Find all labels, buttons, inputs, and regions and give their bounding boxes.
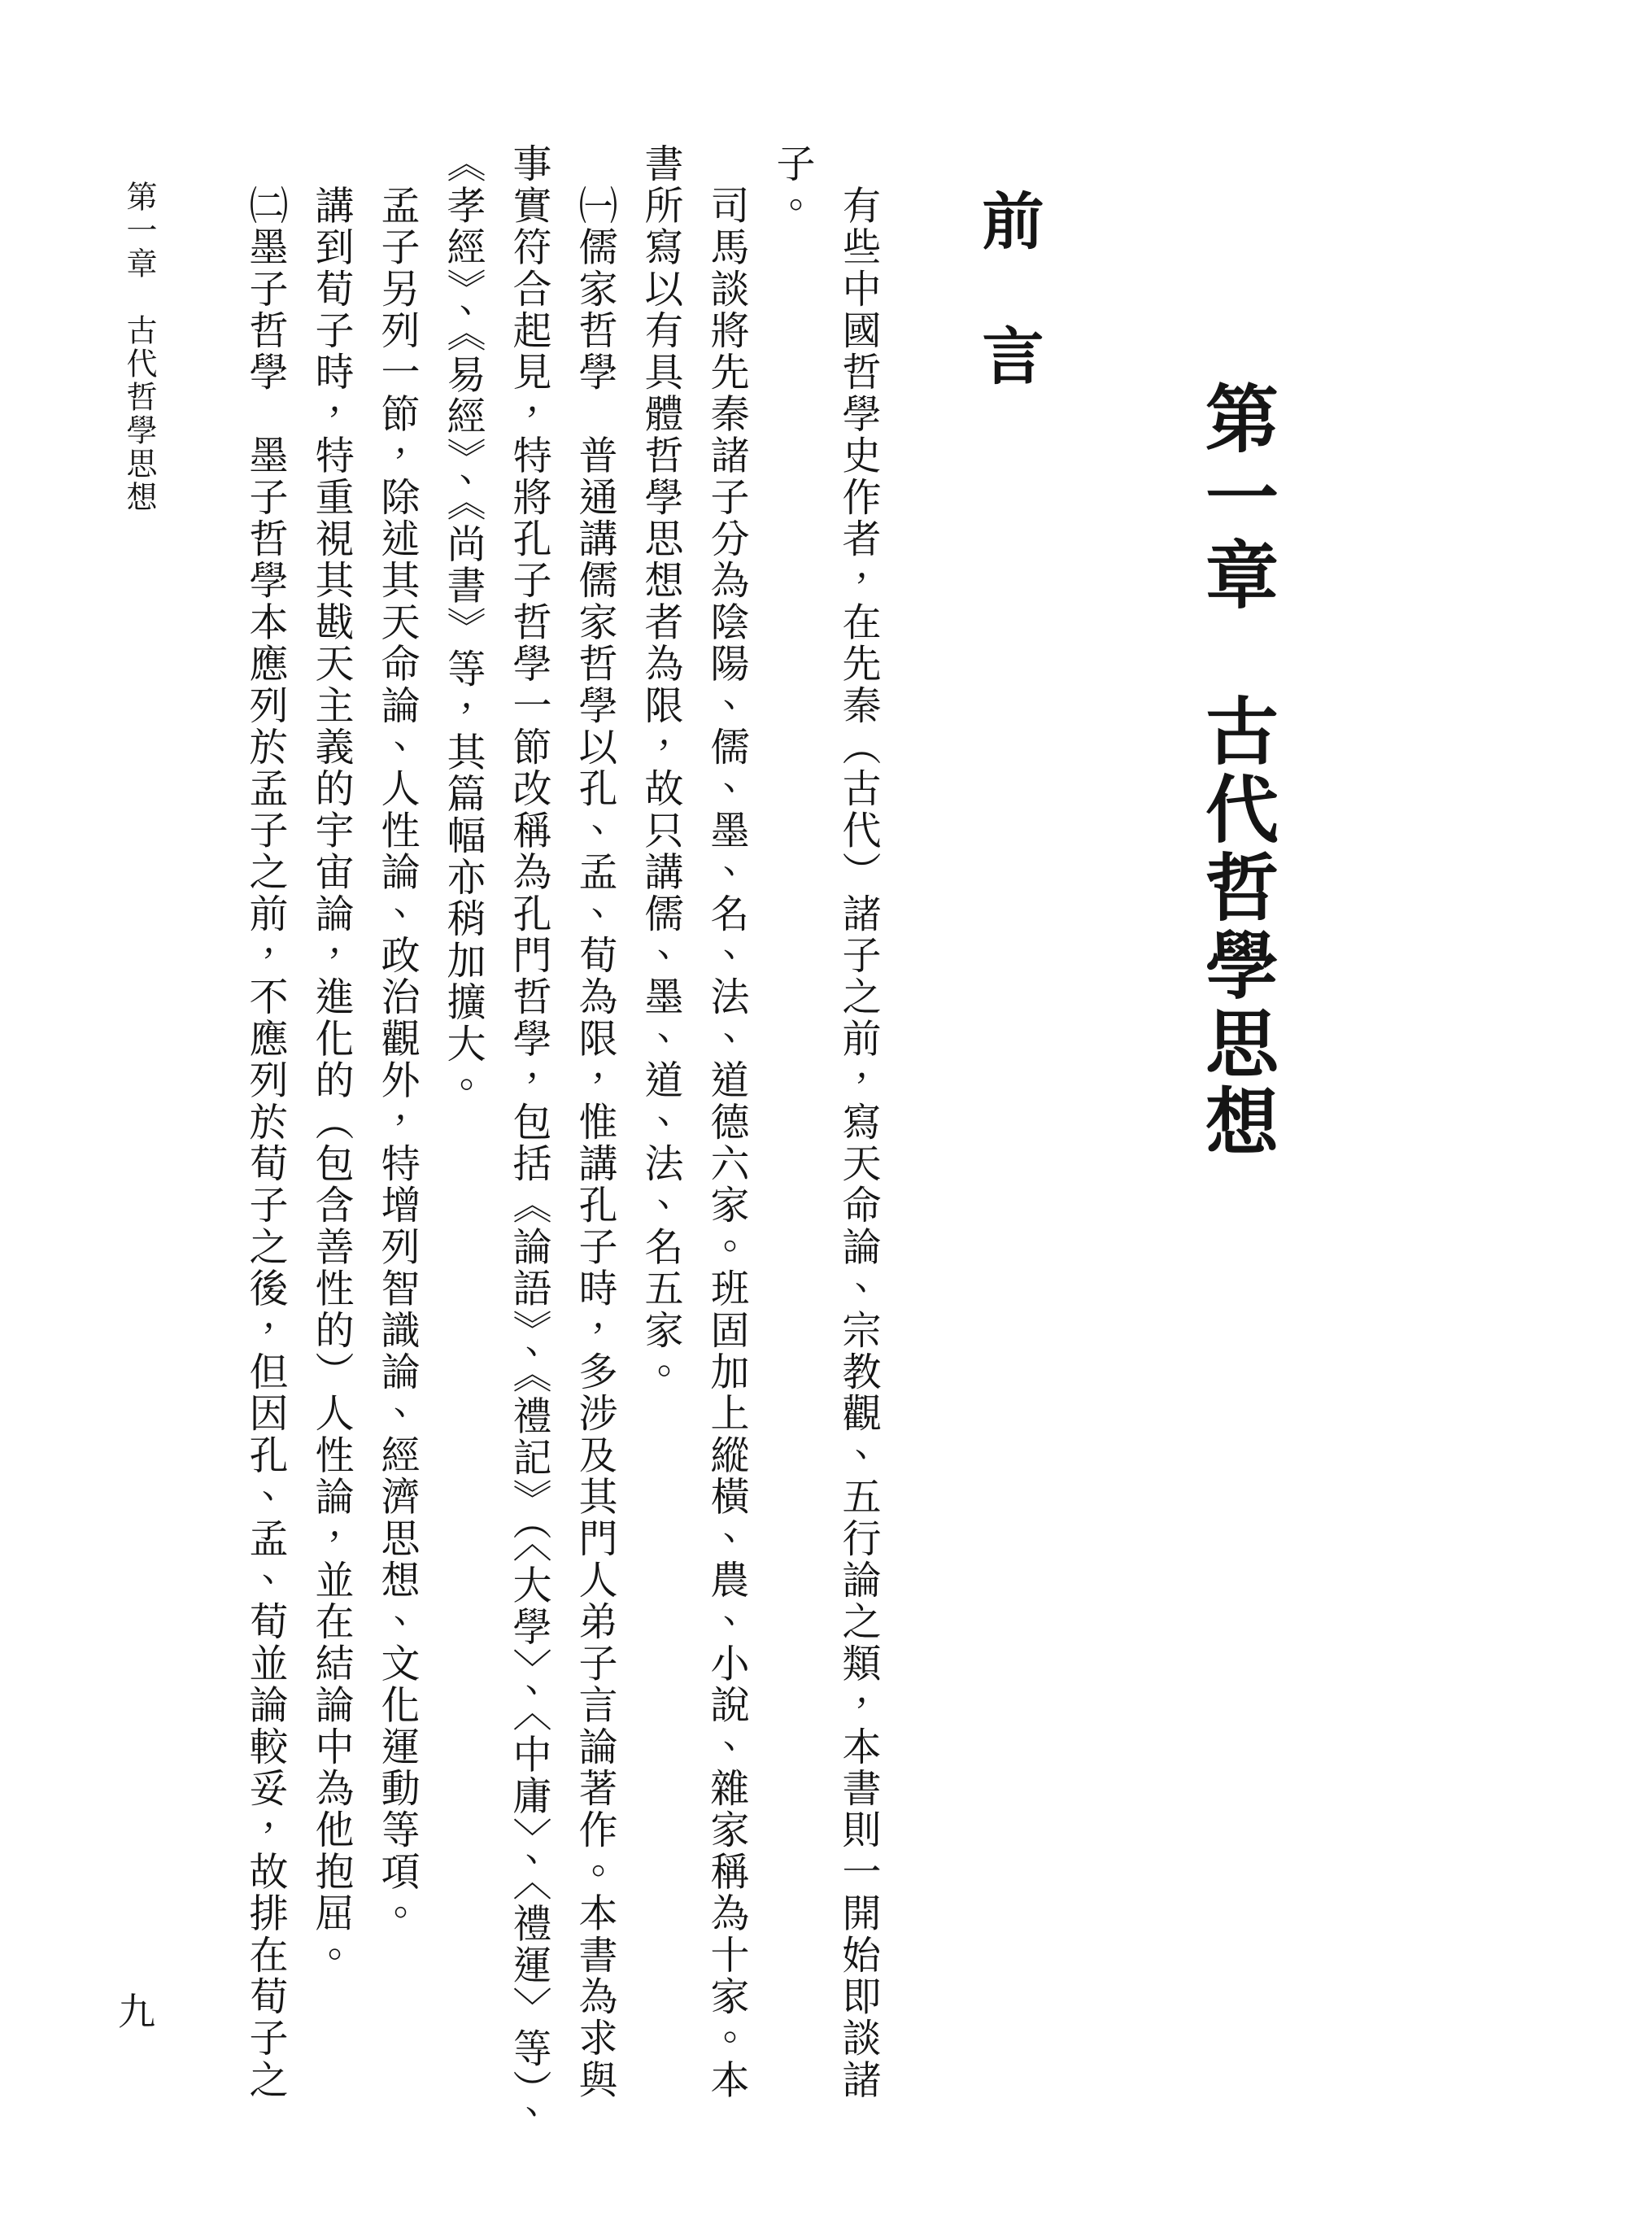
text-column-5: ㈠儒家哲學 普通講儒家哲學以孔、孟、荀為限，惟講孔子時，多涉及其門人弟子言論著作… xyxy=(561,143,627,2096)
text-column-10: ㈡墨子哲學 墨子哲學本應列於孟子之前，不應列於荀子之後，但因孔、孟、荀並論較妥，… xyxy=(232,143,298,2096)
book-page: 第一章 古代哲學思想 前 言 有些中國哲學史作者，在先秦（古代）諸子之前，寫天命… xyxy=(0,0,1652,2229)
text-column-7: 《孝經》、《易經》、《尚書》等，其篇幅亦稍加擴大。 xyxy=(429,143,495,2096)
text-column-9: 講到荀子時，特重視其戡天主義的宇宙論，進化的（包含善性的）人性論，並在結論中為他… xyxy=(298,143,364,2096)
text-column-1: 有些中國哲學史作者，在先秦（古代）諸子之前，寫天命論、宗教觀、五行論之類，本書則… xyxy=(825,143,891,2096)
text-column-3: 司馬談將先秦諸子分為陰陽、儒、墨、名、法、道德六家。班固加上縱橫、農、小說、雜家… xyxy=(693,143,759,2096)
page-number: 九 xyxy=(118,1991,155,2034)
section-title-foreword: 前 言 xyxy=(963,189,1052,391)
body-text: 有些中國哲學史作者，在先秦（古代）諸子之前，寫天命論、宗教觀、五行論之類，本書則… xyxy=(222,143,891,2096)
running-header: 第一章 古代哲學思想 xyxy=(116,181,161,514)
text-column-4: 書所寫以有具體哲學思想者為限，故只講儒、墨、道、法、名五家。 xyxy=(627,143,693,2096)
chapter-title: 第一章 古代哲學思想 xyxy=(1181,381,1287,1162)
text-column-2: 子。 xyxy=(759,143,825,2096)
text-column-8: 孟子另列一節，除述其天命論、人性論、政治觀外，特增列智識論、經濟思想、文化運動等… xyxy=(364,143,429,2096)
text-column-6: 事實符合起見，特將孔子哲學一節改稱為孔門哲學，包括《論語》、《禮記》（〈大學〉、… xyxy=(495,143,561,2096)
